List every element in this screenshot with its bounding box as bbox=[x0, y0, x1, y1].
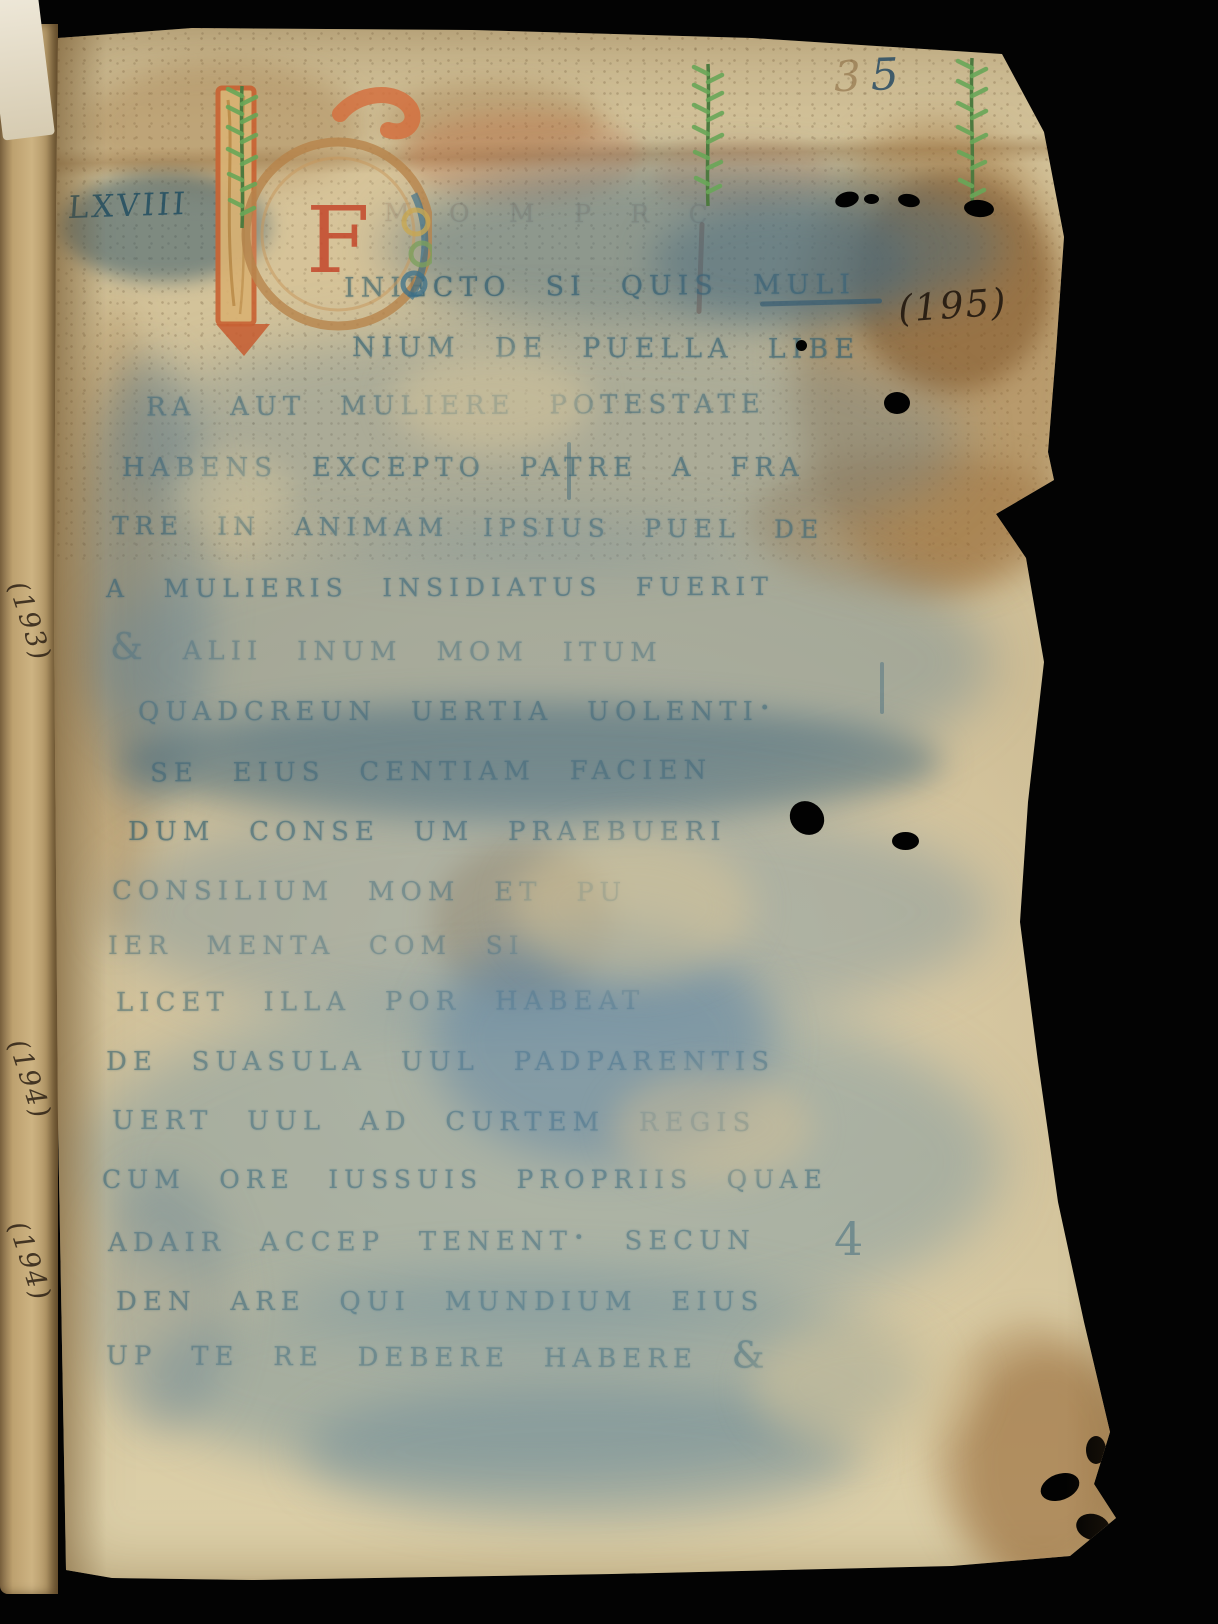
manuscript-text-line: ra aut muliere potestate bbox=[146, 378, 766, 424]
tan-blotch bbox=[752, 1322, 972, 1452]
manuscript-text-line: m o m p r c bbox=[384, 189, 714, 232]
manuscript-text-line: adair accep tenent· secun bbox=[108, 1215, 756, 1260]
folio-digit: 5 bbox=[870, 49, 910, 101]
manuscript-text-line: a mulieris insidiatus fuerit bbox=[106, 563, 774, 606]
manuscript-text-line: den are qui mundium eius bbox=[116, 1276, 764, 1319]
manuscript-text-line: tre in animam ipsius puel de bbox=[112, 502, 824, 547]
worm-hole bbox=[1037, 1468, 1083, 1506]
manuscript-text-line: cum ore iussuis propriis quae bbox=[102, 1156, 828, 1197]
manuscript-text-line: habens excepto patre a fra bbox=[122, 442, 805, 485]
manuscript-text-line: up te re debere habere & bbox=[106, 1330, 771, 1376]
manuscript-text-line: & alii inum mom itum bbox=[110, 625, 663, 670]
book-spine: (193) (194) (194) bbox=[0, 24, 58, 1594]
folio-number: 35 bbox=[833, 49, 909, 103]
blue-wash-stain bbox=[302, 1382, 862, 1522]
binding-corner bbox=[0, 0, 55, 141]
chapter-number: LXVIII bbox=[67, 186, 189, 226]
worm-hole bbox=[1086, 1436, 1106, 1464]
insertion-mark: 4 bbox=[834, 1212, 863, 1266]
manuscript-text-line: licet illa por habeat bbox=[116, 975, 645, 1020]
manuscript-text-line: ier menta com si bbox=[108, 922, 525, 963]
manuscript-text-line: consilium mom et pu bbox=[112, 865, 627, 910]
worm-hole bbox=[892, 832, 919, 850]
initial-inner-letter: F bbox=[306, 187, 370, 294]
manuscript-text-line: de suasula uul padparentis bbox=[106, 1036, 775, 1079]
fern-doodle-icon bbox=[220, 80, 264, 232]
worm-hole bbox=[1073, 1510, 1113, 1544]
worm-hole bbox=[783, 794, 831, 842]
spine-page-number: (193) bbox=[2, 577, 57, 665]
manuscript-text-line: dum conse um praebueri bbox=[128, 806, 727, 849]
brown-stain bbox=[962, 1352, 1132, 1582]
manuscript-text-line: uert uul ad curtem regis bbox=[112, 1095, 757, 1140]
fern-doodle-icon bbox=[686, 58, 730, 210]
manuscript-photo: (193) (194) (194) LXVIII F bbox=[0, 0, 1218, 1624]
margin-chapter-reference: (195) bbox=[897, 280, 1009, 331]
brown-stain bbox=[932, 1322, 1132, 1582]
spine-page-number: (194) bbox=[2, 1035, 57, 1123]
manuscript-text-line: se eius centiam facien bbox=[150, 745, 712, 791]
fern-doodle-icon bbox=[950, 52, 994, 214]
folio-digit: 3 bbox=[833, 51, 871, 101]
parchment-page: LXVIII F bbox=[52, 22, 1142, 1584]
manuscript-text-line: quadcreun uertia uolenti· bbox=[138, 686, 777, 729]
stray-descender-stroke bbox=[880, 662, 884, 714]
spine-page-number: (194) bbox=[2, 1217, 57, 1305]
